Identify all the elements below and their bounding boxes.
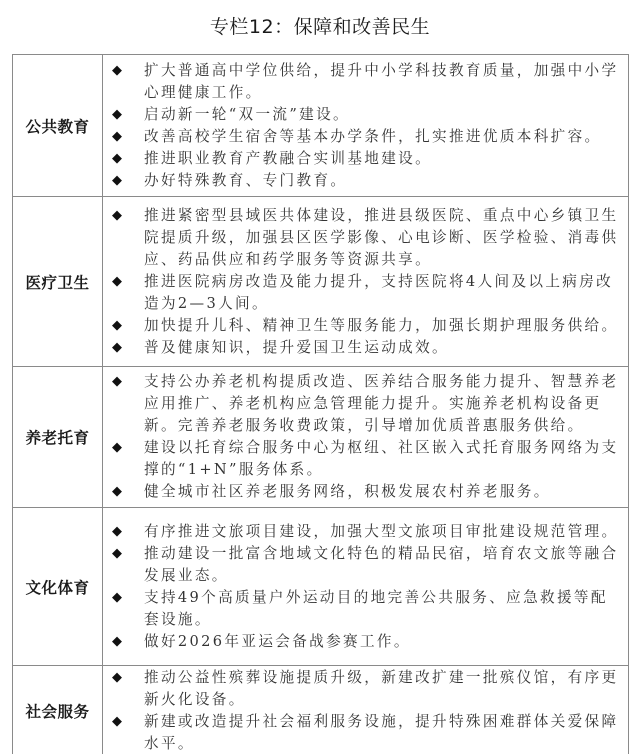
item-list: ◆推动公益性殡葬设施提质升级，新建改扩建一批殡仪馆，有序更新火化设备。 ◆新建或… <box>103 667 624 754</box>
table-row-social-services: 社会服务 ◆推动公益性殡葬设施提质升级，新建改扩建一批殡仪馆，有序更新火化设备。… <box>13 666 629 754</box>
list-item: ◆支持49个高质量户外运动目的地完善公共服务、应急救援等配套设施。 <box>103 587 624 631</box>
diamond-bullet-icon: ◆ <box>112 711 122 733</box>
list-item: ◆推动建设一批富含地域文化特色的精品民宿，培育农文旅等融合发展业态。 <box>103 543 624 587</box>
diamond-bullet-icon: ◆ <box>112 126 122 148</box>
list-item: ◆改善高校学生宿舍等基本办学条件，扎实推进优质本科扩容。 <box>103 126 624 148</box>
list-item: ◆启动新一轮“双一流”建设。 <box>103 104 624 126</box>
diamond-bullet-icon: ◆ <box>112 543 122 565</box>
list-item: ◆支持公办养老机构提质改造、医养结合服务能力提升、智慧养老应用推广、养老机构应急… <box>103 371 624 437</box>
diamond-bullet-icon: ◆ <box>112 205 122 227</box>
list-item: ◆加快提升儿科、精神卫生等服务能力，加强长期护理服务供给。 <box>103 315 624 337</box>
measures-table: 公共教育 ◆扩大普通高中学位供给，提升中小学科技教育质量，加强中小学心理健康工作… <box>12 54 629 754</box>
list-item: ◆推进医院病房改造及能力提升，支持医院将4人间及以上病房改造为2—3人间。 <box>103 271 624 315</box>
category-label: 文化体育 <box>13 508 103 666</box>
diamond-bullet-icon: ◆ <box>112 148 122 170</box>
diamond-bullet-icon: ◆ <box>112 371 122 393</box>
list-item: ◆新建或改造提升社会福利服务设施，提升特殊困难群体关爱保障水平。 <box>103 711 624 754</box>
diamond-bullet-icon: ◆ <box>112 170 122 192</box>
list-item: ◆健全城市社区养老服务网络，积极发展农村养老服务。 <box>103 481 624 503</box>
item-list: ◆支持公办养老机构提质改造、医养结合服务能力提升、智慧养老应用推广、养老机构应急… <box>103 371 624 503</box>
list-item: ◆建设以托育综合服务中心为枢纽、社区嵌入式托育服务网络为支撑的“1+N”服务体系… <box>103 437 624 481</box>
diamond-bullet-icon: ◆ <box>112 271 122 293</box>
table-row-culture-sports: 文化体育 ◆有序推进文旅项目建设，加强大型文旅项目审批建设规范管理。 ◆推动建设… <box>13 508 629 666</box>
diamond-bullet-icon: ◆ <box>112 315 122 337</box>
diamond-bullet-icon: ◆ <box>112 481 122 503</box>
diamond-bullet-icon: ◆ <box>112 437 122 459</box>
list-item: ◆推进职业教育产教融合实训基地建设。 <box>103 148 624 170</box>
list-item: ◆做好2026年亚运会备战参赛工作。 <box>103 631 624 653</box>
list-item: ◆推动公益性殡葬设施提质升级，新建改扩建一批殡仪馆，有序更新火化设备。 <box>103 667 624 711</box>
list-item: ◆扩大普通高中学位供给，提升中小学科技教育质量，加强中小学心理健康工作。 <box>103 60 624 104</box>
item-list: ◆扩大普通高中学位供给，提升中小学科技教育质量，加强中小学心理健康工作。 ◆启动… <box>103 60 624 192</box>
diamond-bullet-icon: ◆ <box>112 60 122 82</box>
item-list: ◆有序推进文旅项目建设，加强大型文旅项目审批建设规范管理。 ◆推动建设一批富含地… <box>103 521 624 653</box>
diamond-bullet-icon: ◆ <box>112 631 122 653</box>
category-label: 养老托育 <box>13 367 103 508</box>
diamond-bullet-icon: ◆ <box>112 667 122 689</box>
diamond-bullet-icon: ◆ <box>112 104 122 126</box>
table-row-elderly-childcare: 养老托育 ◆支持公办养老机构提质改造、医养结合服务能力提升、智慧养老应用推广、养… <box>13 367 629 508</box>
column-title: 专栏12：保障和改善民生 <box>0 12 640 39</box>
table-row-public-education: 公共教育 ◆扩大普通高中学位供给，提升中小学科技教育质量，加强中小学心理健康工作… <box>13 55 629 197</box>
category-label: 社会服务 <box>13 666 103 754</box>
category-label: 公共教育 <box>13 55 103 197</box>
item-list: ◆推进紧密型县域医共体建设，推进县级医院、重点中心乡镇卫生院提质升级，加强县区医… <box>103 205 624 359</box>
list-item: ◆办好特殊教育、专门教育。 <box>103 170 624 192</box>
list-item: ◆推进紧密型县域医共体建设，推进县级医院、重点中心乡镇卫生院提质升级，加强县区医… <box>103 205 624 271</box>
list-item: ◆有序推进文旅项目建设，加强大型文旅项目审批建设规范管理。 <box>103 521 624 543</box>
diamond-bullet-icon: ◆ <box>112 587 122 609</box>
category-label: 医疗卫生 <box>13 197 103 367</box>
list-item: ◆普及健康知识，提升爱国卫生运动成效。 <box>103 337 624 359</box>
table-row-healthcare: 医疗卫生 ◆推进紧密型县域医共体建设，推进县级医院、重点中心乡镇卫生院提质升级，… <box>13 197 629 367</box>
diamond-bullet-icon: ◆ <box>112 521 122 543</box>
diamond-bullet-icon: ◆ <box>112 337 122 359</box>
